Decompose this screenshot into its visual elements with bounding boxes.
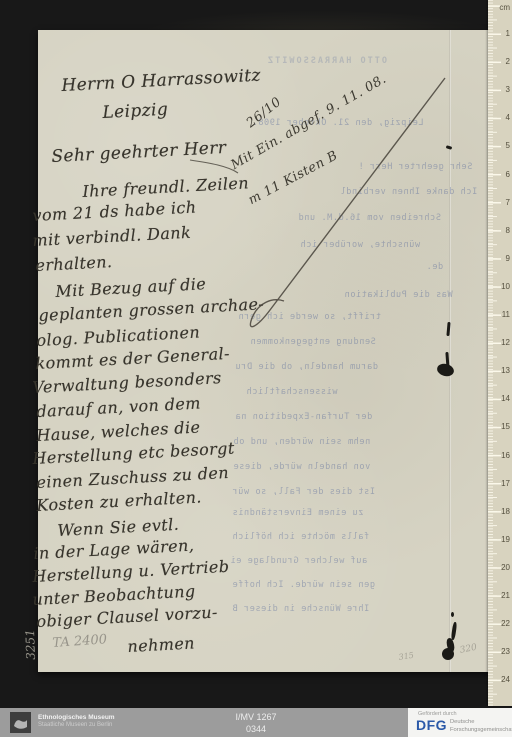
ruler-number: 23 bbox=[498, 647, 510, 656]
ruler-number: 13 bbox=[498, 366, 510, 375]
dfg-org-line2: Forschungsgemeinschaft bbox=[450, 727, 512, 735]
ruler-number: 16 bbox=[498, 451, 510, 460]
ruler-number: 19 bbox=[498, 535, 510, 544]
dfg-org-name: Deutsche Forschungsgemeinschaft bbox=[450, 719, 512, 734]
ruler-number: 11 bbox=[498, 310, 510, 319]
ruler-number: 15 bbox=[498, 422, 510, 431]
dfg-org-line1: Deutsche bbox=[450, 719, 512, 727]
ruler-number: 9 bbox=[498, 254, 510, 263]
ruler-number: 2 bbox=[498, 57, 510, 66]
dfg-funding-box: Gefördert durch DFG Deutsche Forschungsg… bbox=[408, 708, 512, 737]
ruler-cm-ticks bbox=[488, 0, 501, 706]
ruler-number: 22 bbox=[498, 619, 510, 628]
ruler-number: 7 bbox=[498, 198, 510, 207]
ruler-number: 14 bbox=[498, 394, 510, 403]
ruler-number: 6 bbox=[498, 170, 510, 179]
ruler-number: 8 bbox=[498, 226, 510, 235]
paper-tear bbox=[442, 648, 454, 660]
ruler-number: 20 bbox=[498, 563, 510, 572]
ruler-number: 21 bbox=[498, 591, 510, 600]
ruler-number: 24 bbox=[498, 675, 510, 684]
ruler-number: 5 bbox=[498, 141, 510, 150]
scanned-letter-page: OTTO HARRASSOWITZ Leipzig, den 21. Oktob… bbox=[0, 0, 512, 737]
cm-ruler: cm 1 2 3 4 5 6 7 8 9 10 11 12 13 14 15 1… bbox=[488, 0, 512, 706]
ruler-number: 17 bbox=[498, 479, 510, 488]
pencil-side-number: 3251 bbox=[23, 629, 38, 660]
ruler-number: 12 bbox=[498, 338, 510, 347]
ruler-number: 18 bbox=[498, 507, 510, 516]
dfg-logo: DFG bbox=[416, 717, 447, 733]
paper-tear bbox=[451, 612, 454, 617]
ink-flourish-strokes bbox=[0, 0, 512, 737]
archive-footer-bar: Ethnologisches Museum Staatliche Museen … bbox=[0, 708, 512, 737]
archive-page-number-value: 0344 bbox=[246, 724, 266, 734]
ruler-number: 1 bbox=[498, 29, 510, 38]
ruler-number: 3 bbox=[498, 85, 510, 94]
archive-reference-number: I/MV 1267 bbox=[235, 712, 276, 722]
ruler-number: 4 bbox=[498, 113, 510, 122]
ruler-number: 10 bbox=[498, 282, 510, 291]
ruler-unit-label: cm bbox=[499, 3, 510, 12]
